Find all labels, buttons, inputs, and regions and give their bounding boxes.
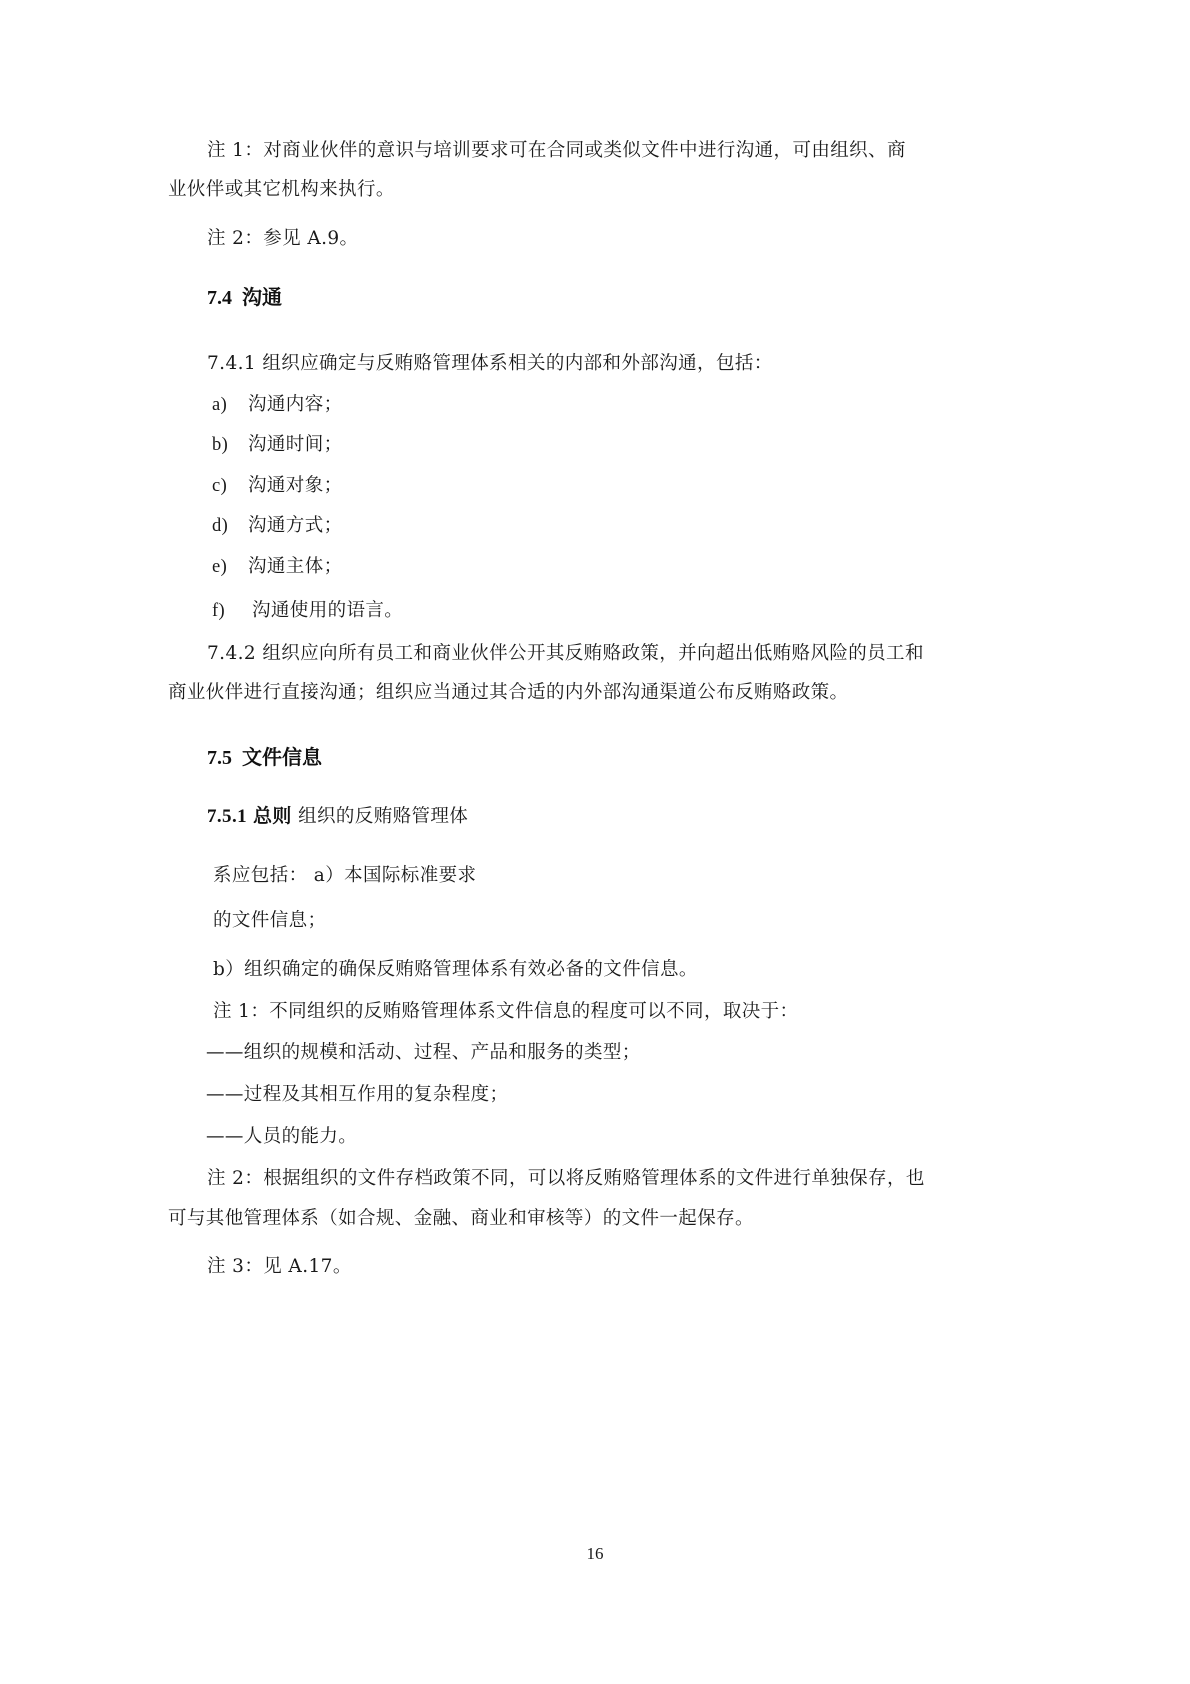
list-item: b)沟通时间；: [212, 433, 343, 457]
clause-title: 总则: [253, 805, 292, 827]
clause-7-4-1: 7.4.1 组织应确定与反贿赂管理体系相关的内部和外部沟通，包括：: [207, 352, 773, 376]
clause-text: 组织的反贿赂管理体: [298, 806, 468, 827]
section-heading-7-5: 7.5文件信息: [207, 744, 322, 771]
note-7-5-1-2-line-1: 注 2：根据组织的文件存档政策不同，可以将反贿赂管理体系的文件进行单独保存，也: [207, 1167, 925, 1191]
list-item: f)沟通使用的语言。: [212, 599, 403, 623]
clause-7-5-1: 7.5.1总则 组织的反贿赂管理体: [207, 804, 468, 829]
list-label: c): [212, 474, 248, 498]
section-title: 文件信息: [242, 745, 322, 769]
clause-7-4-2-line-2: 商业伙伴进行直接沟通；组织应当通过其合适的内外部沟通渠道公布反贿赂政策。: [168, 681, 848, 705]
note-7-5-1-3: 注 3：见 A.17。: [207, 1255, 352, 1279]
clause-7-4-2-line-1: 7.4.2 组织应向所有员工和商业伙伴公开其反贿赂政策，并向超出低贿赂风险的员工…: [207, 642, 924, 666]
note-2: 注 2：参见 A.9。: [207, 227, 358, 251]
clause-7-5-1-line-3: 的文件信息；: [213, 909, 326, 933]
clause-7-5-1-line-2: 系应包括： a）本国际标准要求: [213, 864, 476, 888]
list-label: a): [212, 393, 248, 417]
list-label: b): [212, 433, 248, 457]
list-item: a)沟通内容；: [212, 393, 343, 417]
list-text: 沟通使用的语言。: [252, 600, 403, 621]
list-item: e)沟通主体；: [212, 555, 343, 579]
list-item: c)沟通对象；: [212, 474, 343, 498]
note-1-line-2: 业伙伴或其它机构来执行。: [168, 178, 395, 202]
list-text: 沟通方式；: [248, 515, 343, 536]
section-heading-7-4: 7.4沟通: [207, 284, 282, 311]
dash-item: ——组织的规模和活动、过程、产品和服务的类型；: [206, 1041, 641, 1065]
note-1-line-1: 注 1：对商业伙伴的意识与培训要求可在合同或类似文件中进行沟通，可由组织、商: [207, 139, 906, 163]
clause-heading: 7.5.1总则: [207, 805, 292, 827]
page-number: 16: [0, 1544, 1190, 1564]
list-label: d): [212, 514, 248, 538]
list-label: f): [212, 599, 252, 623]
list-label: e): [212, 555, 248, 579]
note-7-5-1-1: 注 1：不同组织的反贿赂管理体系文件信息的程度可以不同，取决于：: [213, 1000, 798, 1024]
list-text: 沟通内容；: [248, 394, 343, 415]
dash-item: ——过程及其相互作用的复杂程度；: [206, 1083, 508, 1107]
clause-number: 7.5.1: [207, 806, 247, 827]
dash-item: ——人员的能力。: [206, 1125, 357, 1149]
list-text: 沟通主体；: [248, 556, 343, 577]
list-text: 沟通时间；: [248, 434, 343, 455]
note-7-5-1-2-line-2: 可与其他管理体系（如合规、金融、商业和审核等）的文件一起保存。: [168, 1207, 754, 1231]
section-number: 7.4: [207, 287, 232, 309]
section-title: 沟通: [242, 285, 282, 309]
section-number: 7.5: [207, 747, 232, 769]
clause-7-5-1-item-b: b）组织确定的确保反贿赂管理体系有效必备的文件信息。: [213, 958, 698, 982]
list-text: 沟通对象；: [248, 475, 343, 496]
list-item: d)沟通方式；: [212, 514, 343, 538]
